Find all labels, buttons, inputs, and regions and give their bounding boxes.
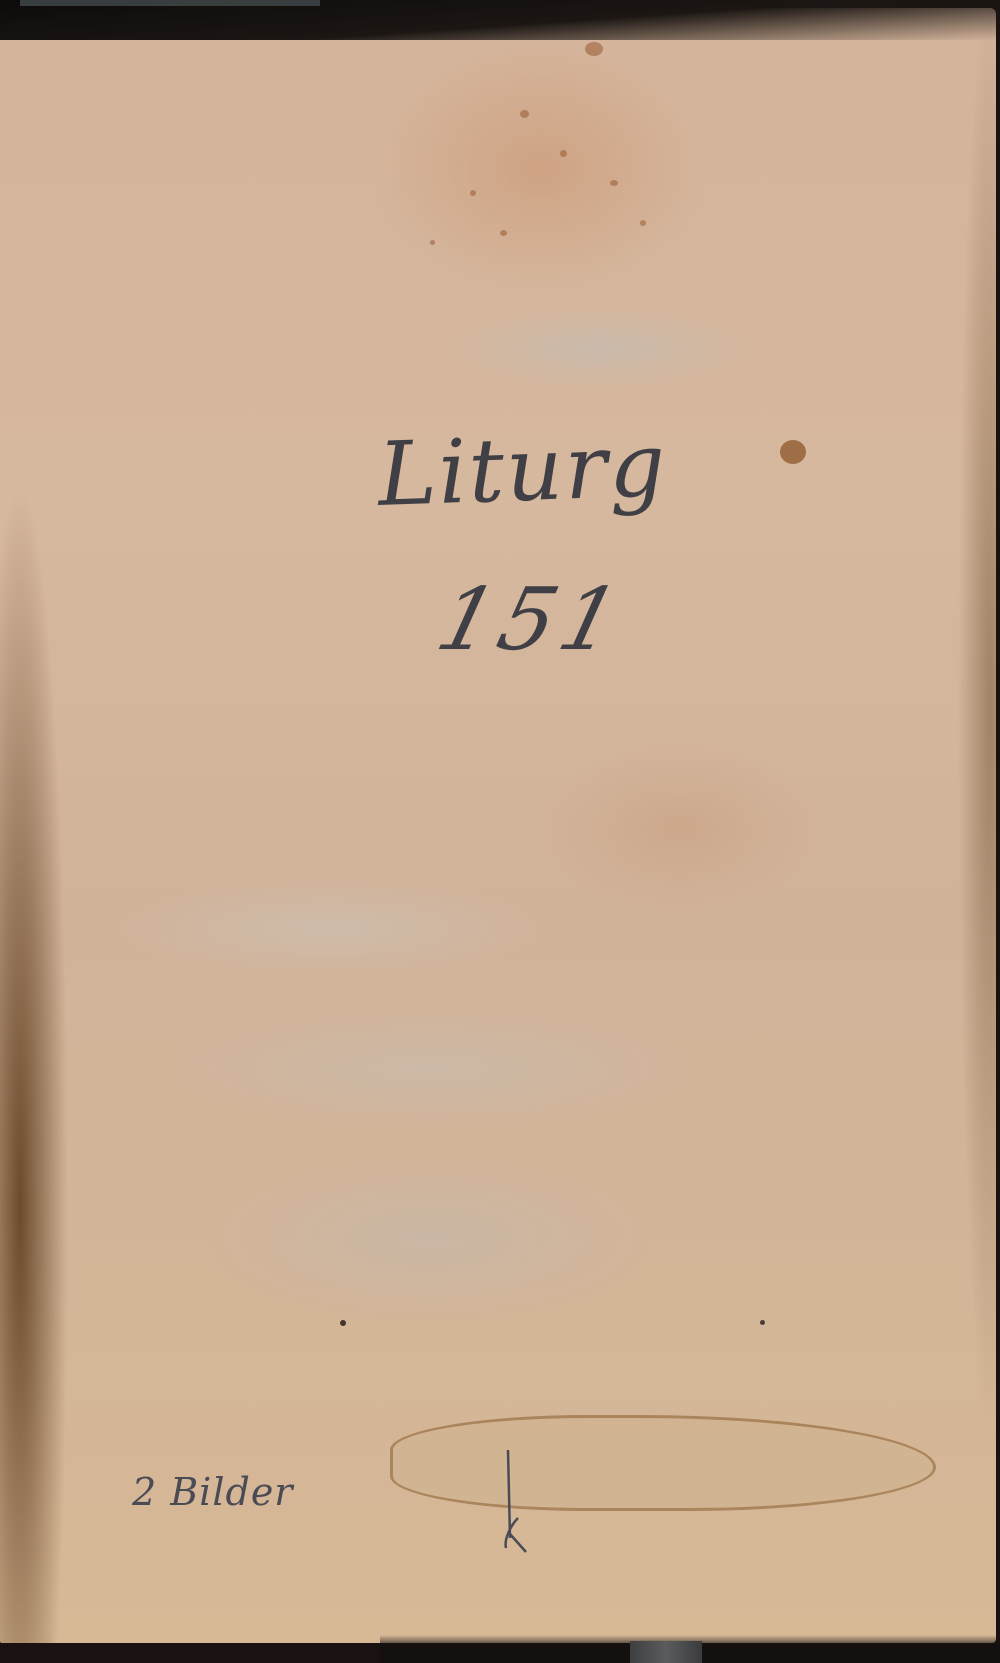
pictures-note: 2 Bilder (132, 1470, 293, 1514)
foxing-spot (430, 240, 435, 245)
shelf-mark-subject: Liturg (376, 413, 668, 526)
foxing-spot (470, 190, 476, 196)
foxing-spot (340, 1320, 346, 1326)
endpaper-page (0, 8, 996, 1643)
scanner-clip (630, 1641, 702, 1663)
foxing-spot (585, 42, 603, 56)
foxing-spot (560, 150, 567, 157)
foxing-spot (610, 180, 618, 186)
foxing-spot (520, 110, 529, 118)
foxing-spot (760, 1320, 765, 1325)
book-cover-edge-top (0, 0, 1000, 40)
foxing-spot (640, 220, 646, 226)
pencil-mark-icon (500, 1448, 532, 1558)
shelf-mark-number: 151 (428, 570, 635, 670)
foxing-spot (500, 230, 507, 236)
foxing-spot (780, 440, 806, 464)
document-scan: Liturg 151 2 Bilder (0, 0, 1000, 1663)
